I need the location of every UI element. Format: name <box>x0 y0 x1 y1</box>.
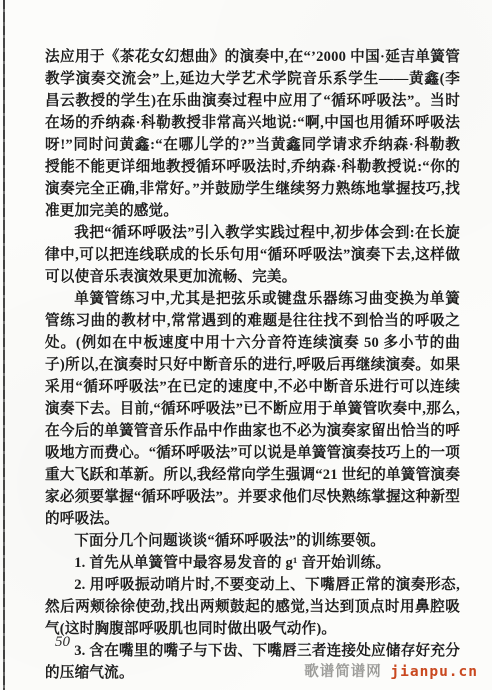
scanned-book-page: 法应用于《茶花女幻想曲》的演奏中,在“’2000 中国·延吉单簧管教学演奏交流会… <box>0 0 492 690</box>
training-point-2: 2. 用呼吸振动哨片时,不要变动上、下嘴唇正常的演奏形态,然后两颊徐徐使劲,找出… <box>45 574 460 640</box>
page-text-block: 法应用于《茶花女幻想曲》的演奏中,在“’2000 中国·延吉单簧管教学演奏交流会… <box>45 46 460 684</box>
paragraph-teaching-practice: 我把“循环呼吸法”引入教学实践过程中,初步体会到:在长旋律中,可以把连线联成的长… <box>45 222 460 288</box>
page-number: 50 <box>55 634 70 651</box>
paragraph-clarinet-practice: 单簧管练习中,尤其是把弦乐或键盘乐器练习曲变换为单簧管练习曲的教材中,常常遇到的… <box>45 288 460 530</box>
watermark-domain: jianpu.cn <box>390 664 478 680</box>
paragraph-continued-from-previous-page: 法应用于《茶花女幻想曲》的演奏中,在“’2000 中国·延吉单簧管教学演奏交流会… <box>45 46 460 222</box>
watermark: 歌谱简谱网 jianpu.cn <box>304 660 478 681</box>
training-point-1: 1. 首先从单簧管中最容易发音的 g¹ 音开始训练。 <box>45 552 460 574</box>
book-binding-edge <box>3 0 5 690</box>
watermark-site-name: 歌谱简谱网 <box>304 664 382 680</box>
paragraph-training-intro: 下面分几个问题谈谈“循环呼吸法”的训练要领。 <box>45 530 460 552</box>
